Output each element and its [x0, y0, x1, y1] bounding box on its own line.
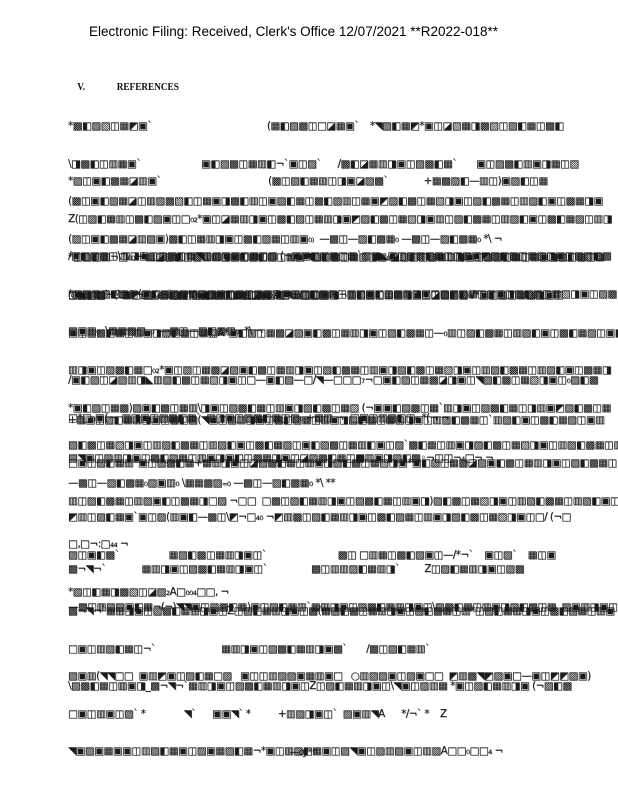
body-line: ▩¬◥¬` ▦▥◨▣◫▨▩◧▦▥◨▣◫` ▩◫▥▥▨◧▦▥◨` Z◫▨◧▦▥◨▣…	[68, 563, 618, 576]
body-line: □▣◫▨◧▦▥*▣◫▨▩◧▦+▦▥◨▣◫◪▨▩◧▦◫▥▣◨▨◧▩◫▦▧◨▣*▣◧…	[68, 457, 618, 470]
section-number: V.	[77, 82, 85, 93]
body-line: ◎▨◫▨` et al ¬□₄₄¬`▩◧◫▨▦▥◨▣◫▩◧▨◥▦◫▥▣◨¬▨◧▩…	[68, 289, 618, 302]
body-line: ▣◫▨▩◧▦◫▥▣◨▨◧▩◫▦▧A*▣◧▨◫▦▩◪▨▣◧▩◫▦▥◨▣◫▨◧▩▦◫…	[68, 327, 618, 340]
body-line: Z(◫▨◧▦▥◫▩◧▨▣◫□₀₂*▣◫◪▦▥◨▣◫▩◧▨◫▦▥◨▣◩▨◧▩◫▦▧…	[68, 213, 618, 226]
body-line: ◥▣▨▣▦▣▣◫▥▨◧▦▣◫▨▣▦▨◧▦¬*▣◫▥▨◧▦▣◫▨◥▣◫▨▥▨▣◫▥…	[68, 745, 618, 758]
body-line: ▩¬◥¬`▦▥◨▣◫▨▩◧▦▥◨▣◫Z◫▨◧▦▥◨▣◫▩(▦▨◧▩◫▦▥◨▣◫▨…	[68, 605, 618, 618]
body-line: □▣◫▥▣◫▨` * ◥` ▣▣◥` * +▥▨◨▣◫` ▨▣▥◥A */¬` …	[68, 708, 618, 721]
body-line: *▩◧▨▧◫▦◩▣` (▦◧▨▩◫□◪▦▣` *◥▨◧▦◩*▣◫◪▧▦◨▩▧◫▨…	[68, 120, 618, 133]
body-line: *▨◫▣◧▩▦◪▥▣` (▩◫▨◧▦▥◫◨▣◪▨▩` +▦▩▨◧—▥◫)▣▨◧◫…	[68, 175, 618, 188]
body-line: +▦▣◫▨◧▦▥◨▣◫▩◧▨(◥▣◫▨▥◨▣◫▩◧▨▦◫▥▣◨▨◧▩◫▦▧◨▣◫…	[68, 414, 618, 427]
body-line: ▨▣▥(◥◥□□ ▣▥◩▣◫▨◧▦□▨ ▣◫◫▥▨▨▣▦▥▣□ ○▥▨▨▣◫▨▣…	[68, 670, 618, 683]
body-line: /▣◧▨◫◪▨▥◨◣▥▨◧▩◫▦▧◨▣◫□—▣◧▨—□/◥—□□□₇¬□▣◧▨◫…	[68, 374, 618, 387]
page-number-marker: —ơƒ**	[289, 747, 317, 758]
section-title: REFERENCES	[117, 82, 179, 93]
filing-stamp-header: Electronic Filing: Received, Clerk's Off…	[89, 24, 498, 39]
body-line: *◫▨◧▥¬□₀₀¬\▦◪▨◧◫▩▦▥◨▣◫▩◧▨◫▦▣◥▨◧▩◫▦▧◨▣₀◪▨…	[68, 251, 618, 264]
document-page: Electronic Filing: Received, Clerk's Off…	[0, 0, 618, 800]
reference-paragraph-11: ▨▣▥(◥◥□□ ▣▥◩▣◫▨◧▦□▨ ▣◫◫▥▨▨▣▦▥▣□ ○▥▨▨▣◫▨▣…	[68, 645, 618, 783]
body-line: ◩▥◫▨◧▦▣`▣◫▨(▥▣◧—▩◫\◩¬□₄₀ ¬◩▥▩◫▨◧▦▥◨▣◫▩◧▨…	[68, 511, 618, 524]
